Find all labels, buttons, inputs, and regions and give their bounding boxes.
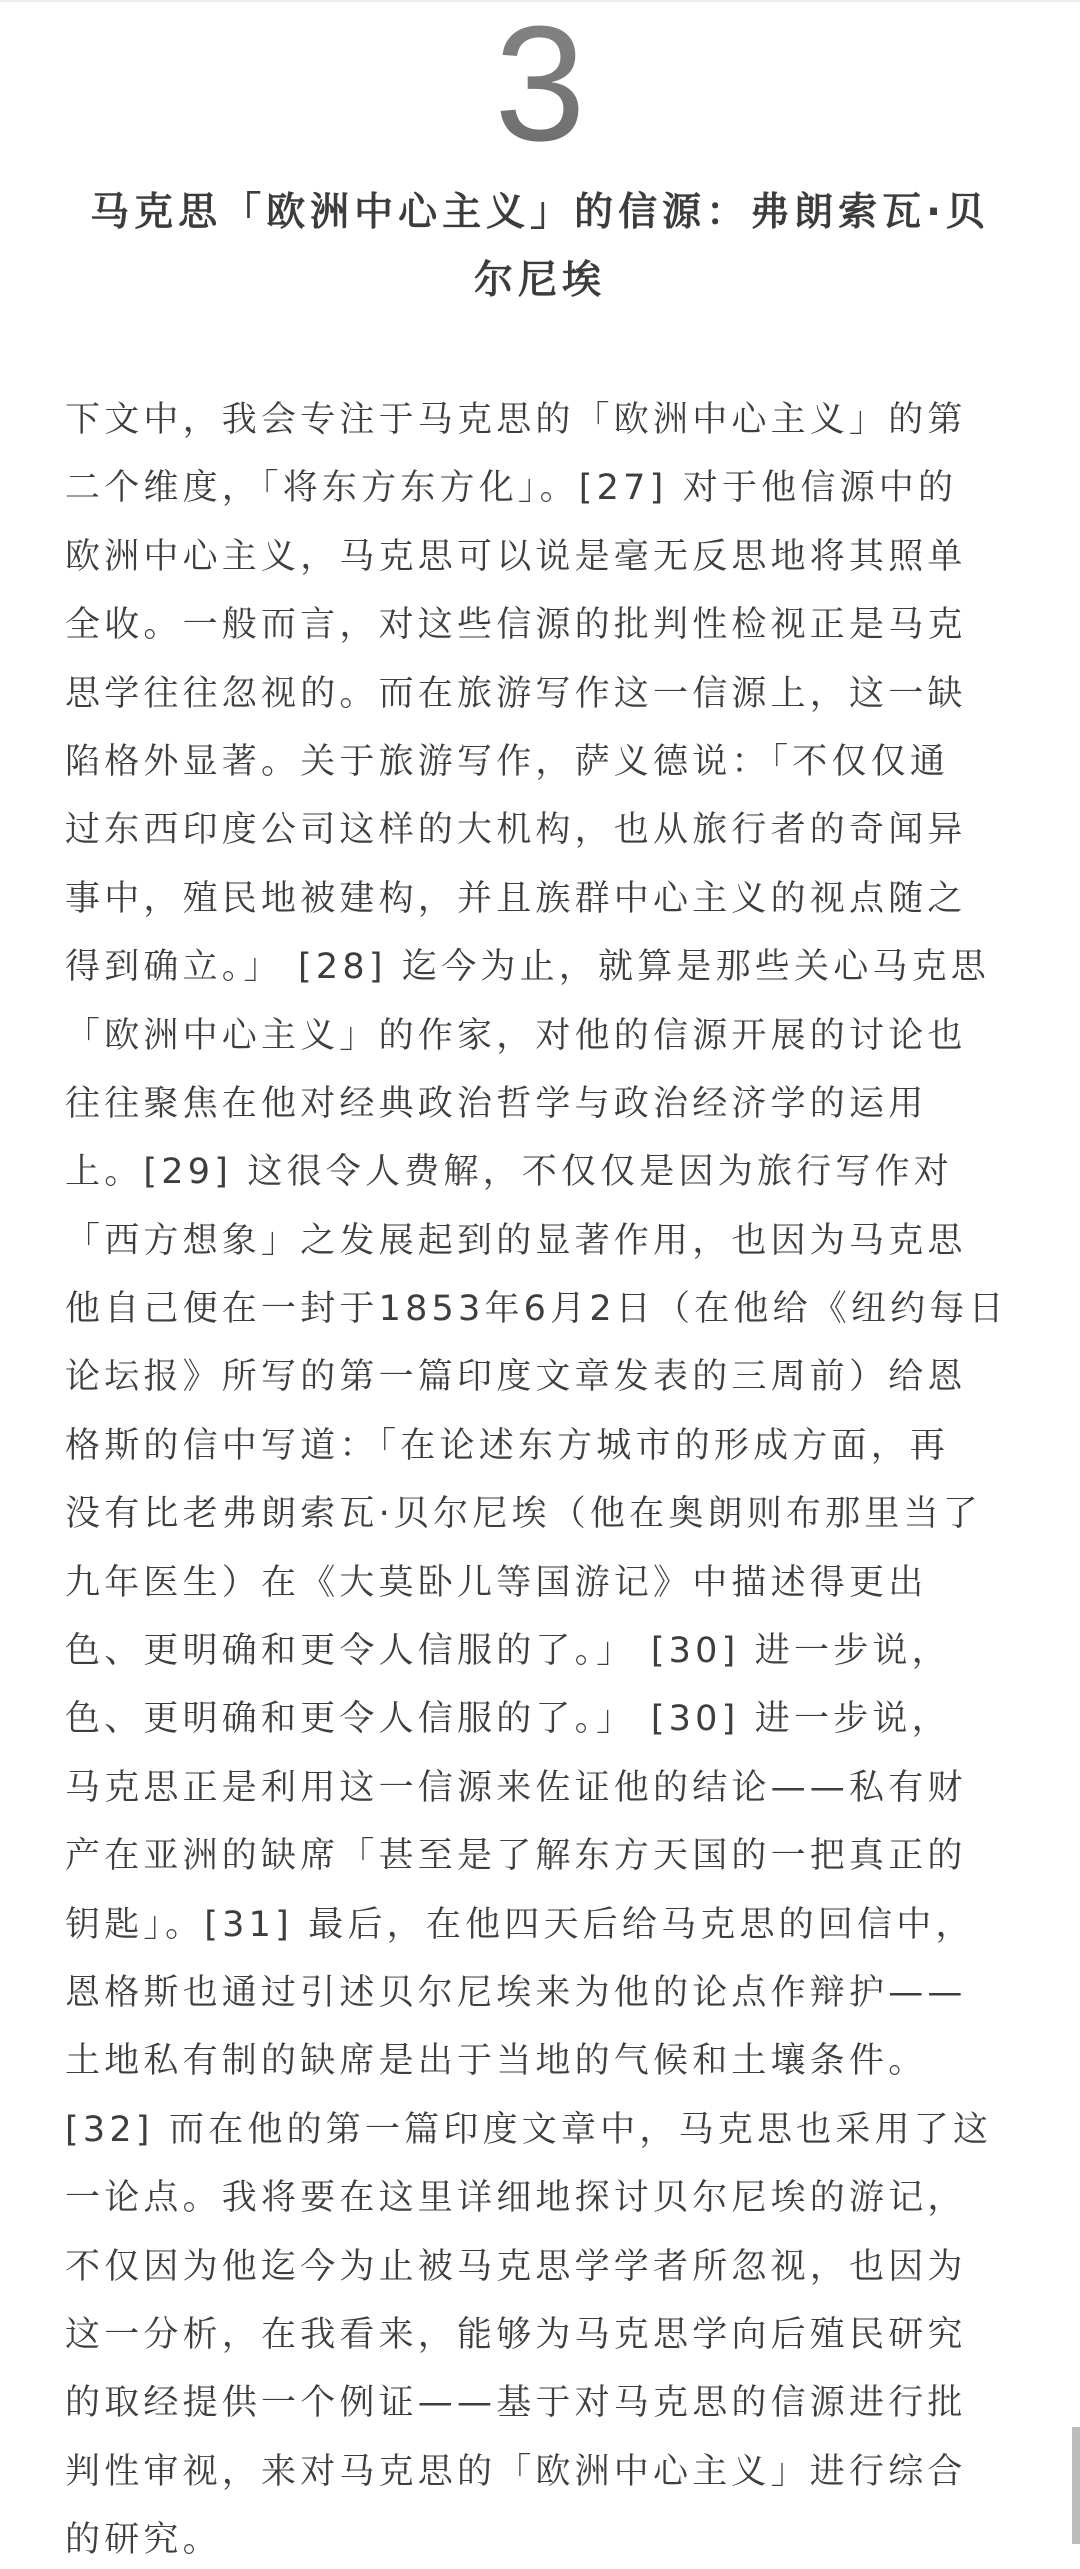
- article-paragraph: 下文中，我会专注于马克思的「欧洲中心主义」的第 二个维度，「将东方东方化」。[2…: [65, 386, 1025, 2569]
- paragraph-line: 钥匙」。[31] 最后，在他四天后给马克思的回信中，: [65, 1891, 1025, 1959]
- paragraph-line: 判性审视，来对马克思的「欧洲中心主义」进行综合: [65, 2438, 1025, 2506]
- paragraph-line: 色、更明确和更令人信服的了。」 [30] 进一步说，: [65, 1685, 1025, 1753]
- paragraph-line: 往往聚焦在他对经典政治哲学与政治经济学的运用: [65, 1070, 1025, 1138]
- paragraph-line: 「西方想象」之发展起到的显著作用，也因为马克思: [65, 1207, 1025, 1275]
- paragraph-line: 论坛报》所写的第一篇印度文章发表的三周前）给恩: [65, 1343, 1025, 1411]
- paragraph-line: 思学往往忽视的。而在旅游写作这一信源上，这一缺: [65, 660, 1025, 728]
- paragraph-line: 欧洲中心主义，马克思可以说是毫无反思地将其照单: [65, 523, 1025, 591]
- paragraph-line: 这一分析，在我看来，能够为马克思学向后殖民研究: [65, 2301, 1025, 2369]
- paragraph-line: 九年医生）在《大莫卧儿等国游记》中描述得更出: [65, 1549, 1025, 1617]
- paragraph-line: 没有比老弗朗索瓦·贝尔尼埃（他在奥朗则布那里当了: [65, 1480, 1025, 1548]
- paragraph-line: 上。[29] 这很令人费解，不仅仅是因为旅行写作对: [65, 1138, 1025, 1206]
- paragraph-line: 他自己便在一封于1853年6月2日（在他给《纽约每日: [65, 1275, 1025, 1343]
- paragraph-line: 的研究。: [65, 2506, 1025, 2569]
- paragraph-line: [32] 而在他的第一篇印度文章中，马克思也采用了这: [65, 2096, 1025, 2164]
- paragraph-line: 事中，殖民地被建构，并且族群中心主义的视点随之: [65, 865, 1025, 933]
- paragraph-line: 的取经提供一个例证——基于对马克思的信源进行批: [65, 2369, 1025, 2437]
- paragraph-line: 一论点。我将要在这里详细地探讨贝尔尼埃的游记，: [65, 2164, 1025, 2232]
- paragraph-line: 得到确立。」 [28] 迄今为止，就算是那些关心马克思: [65, 933, 1025, 1001]
- paragraph-line: 全收。一般而言，对这些信源的批判性检视正是马克: [65, 591, 1025, 659]
- paragraph-line: 陷格外显著。关于旅游写作，萨义德说：「不仅仅通: [65, 728, 1025, 796]
- section-number: 3: [0, 2, 1080, 166]
- paragraph-line: 下文中，我会专注于马克思的「欧洲中心主义」的第: [65, 386, 1025, 454]
- section-title-line: 马克思「欧洲中心主义」的信源：弗朗索瓦·贝: [60, 179, 1020, 247]
- paragraph-line: 恩格斯也通过引述贝尔尼埃来为他的论点作辩护——: [65, 1959, 1025, 2027]
- paragraph-line: 色、更明确和更令人信服的了。」 [30] 进一步说，: [65, 1617, 1025, 1685]
- paragraph-line: 不仅因为他迄今为止被马克思学学者所忽视，也因为: [65, 2233, 1025, 2301]
- paragraph-line: 过东西印度公司这样的大机构，也从旅行者的奇闻异: [65, 796, 1025, 864]
- paragraph-line: 二个维度，「将东方东方化」。[27] 对于他信源中的: [65, 454, 1025, 522]
- vertical-scrollbar-thumb[interactable]: [1072, 2427, 1080, 2544]
- paragraph-line: 产在亚洲的缺席「甚至是了解东方天国的一把真正的: [65, 1822, 1025, 1890]
- paragraph-line: 格斯的信中写道：「在论述东方城市的形成方面，再: [65, 1412, 1025, 1480]
- section-title: 马克思「欧洲中心主义」的信源：弗朗索瓦·贝 尔尼埃: [60, 179, 1020, 315]
- paragraph-line: 「欧洲中心主义」的作家，对他的信源开展的讨论也: [65, 1002, 1025, 1070]
- paragraph-line: 土地私有制的缺席是出于当地的气候和土壤条件。: [65, 2027, 1025, 2095]
- section-title-line: 尔尼埃: [60, 247, 1020, 315]
- paragraph-line: 马克思正是利用这一信源来佐证他的结论——私有财: [65, 1754, 1025, 1822]
